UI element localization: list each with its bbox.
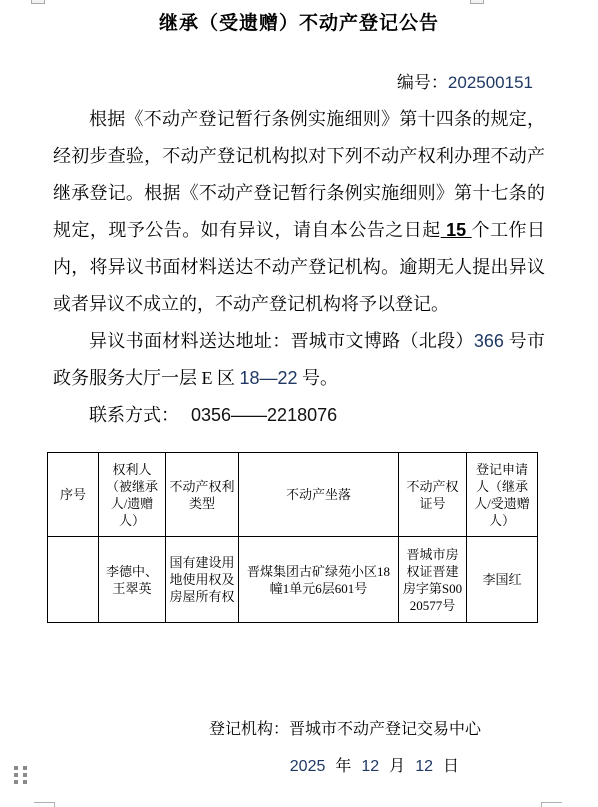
paragraph-address: 异议书面材料送达地址：晋城市文博路（北段）366 号市政务服务大厅一层 E 区 … (53, 323, 545, 397)
address-text-1: 异议书面材料送达地址：晋城市文博路（北段） (89, 331, 474, 351)
header-seq: 序号 (48, 453, 99, 537)
date-year: 2025 (290, 758, 326, 775)
address-street-number: 366 (474, 331, 504, 351)
page-corner-mark-left-icon (34, 802, 55, 807)
header-applicant: 登记申请人（继承人/受遗赠人） (467, 453, 538, 537)
cell-location: 晋煤集团古矿绿苑小区18幢1单元6层601号 (239, 537, 399, 623)
registration-table: 序号 权利人（被继承人/遗赠人） 不动产权利类型 不动产坐落 不动产权证号 登记… (47, 452, 538, 623)
date-month: 12 (361, 758, 379, 775)
table-row: 李德中、王翠英 国有建设用地使用权及房屋所有权 晋煤集团古矿绿苑小区18幢1单元… (48, 537, 538, 623)
page-top-mark-left-icon (31, 0, 45, 4)
doc-number-line: 编号：202500151 (53, 71, 545, 95)
date-month-label: 月 (389, 758, 405, 775)
cell-seq (48, 537, 99, 623)
page-corner-mark-right-icon (541, 802, 562, 807)
document-page: 继承（受遗赠）不动产登记公告 编号：202500151 根据《不动产登记暂行条例… (0, 0, 598, 807)
cell-applicant: 李国红 (467, 537, 538, 623)
date-day: 12 (415, 758, 433, 775)
cell-holder: 李德中、王翠英 (99, 537, 166, 623)
doc-number-value: 202500151 (448, 73, 533, 92)
page-top-mark-right-icon (470, 0, 484, 4)
doc-number-label: 编号： (397, 73, 448, 92)
contact-label: 联系方式： (89, 405, 179, 425)
address-window-range: 18—22 (240, 368, 298, 388)
objection-days-value: 15 (441, 220, 472, 240)
page-title: 继承（受遗赠）不动产登记公告 (53, 0, 545, 35)
header-right-type: 不动产权利类型 (166, 453, 239, 537)
cell-cert-no: 晋城市房权证晋建房字第S0020577号 (399, 537, 467, 623)
date-year-label: 年 (335, 758, 351, 775)
address-text-3: 号。 (298, 368, 339, 388)
paragraph-main: 根据《不动产登记暂行条例实施细则》第十四条的规定，经初步查验，不动产登记机构拟对… (53, 101, 545, 323)
paragraph-contact: 联系方式：0356——2218076 (53, 397, 545, 434)
date-line: 2025年12月12日 (53, 756, 545, 778)
cell-right-type: 国有建设用地使用权及房屋所有权 (166, 537, 239, 623)
header-holder: 权利人（被继承人/遗赠人） (99, 453, 166, 537)
header-cert-no: 不动产权证号 (399, 453, 467, 537)
contact-phone-number: 0356——2218076 (191, 405, 337, 425)
table-header-row: 序号 权利人（被继承人/遗赠人） 不动产权利类型 不动产坐落 不动产权证号 登记… (48, 453, 538, 537)
date-day-label: 日 (443, 758, 459, 775)
document-content: 继承（受遗赠）不动产登记公告 编号：202500151 根据《不动产登记暂行条例… (0, 0, 598, 778)
header-location: 不动产坐落 (239, 453, 399, 537)
drag-handle-icon (14, 766, 27, 784)
registration-agency-line: 登记机构：晋城市不动产登记交易中心 (53, 719, 545, 741)
